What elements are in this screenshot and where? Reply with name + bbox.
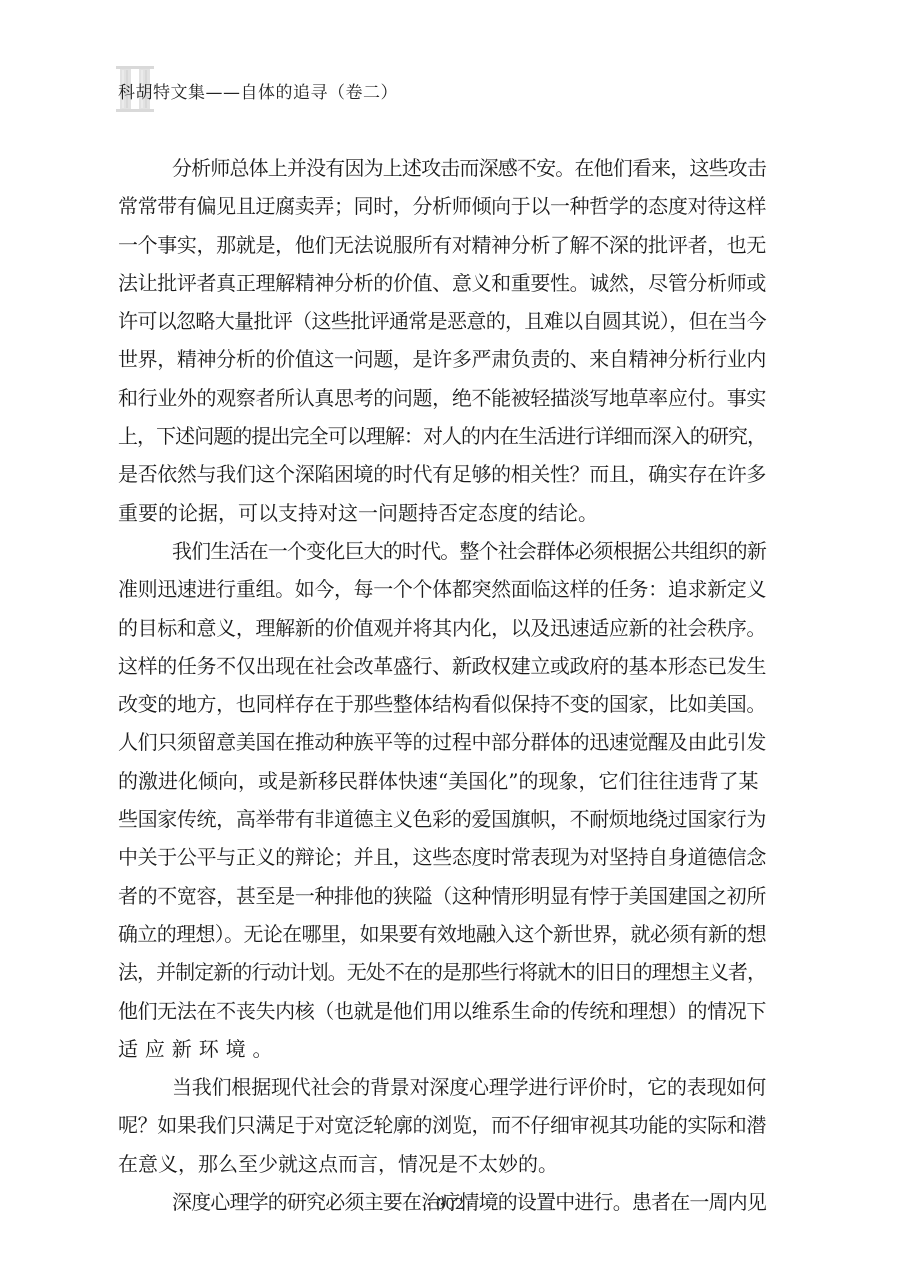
text-line: 法，并制定新的行动计划。无处不在的是那些行将就木的旧日的理想主义者， [118,953,766,991]
text-line: 重要的论据，可以支持对这一问题持否定态度的结论。 [118,494,766,532]
paragraph-first-line: 我们生活在一个变化巨大的时代。整个社会群体必须根据公共组织的新 [118,532,766,570]
text-line: 准则迅速进行重组。如今，每一个个体都突然面临这样的任务：追求新定义 [118,570,766,608]
text-line: 和行业外的观察者所认真思考的问题，绝不能被轻描淡写地草率应付。事实 [118,379,766,417]
text-line: 些国家传统，高举带有非道德主义色彩的爱国旗帜，不耐烦地绕过国家行为 [118,800,766,838]
body-text: 分析师总体上并没有因为上述攻击而深感不安。在他们看来，这些攻击常常带有偏见且迂腐… [118,149,766,1221]
text-line: 法让批评者真正理解精神分析的价值、意义和重要性。诚然，尽管分析师或 [118,264,766,302]
paragraph-first-line: 当我们根据现代社会的背景对深度心理学进行评价时，它的表现如何 [118,1068,766,1106]
text-line: 者的不宽容，甚至是一种排他的狭隘（这种情形明显有悖于美国建国之初所 [118,877,766,915]
text-line: 的激进化倾向，或是新移民群体快速“美国化”的现象，它们往往违背了某 [118,762,766,800]
text-line: 他们无法在不丧失内核（也就是他们用以维系生命的传统和理想）的情况下 [118,992,766,1030]
text-line: 在意义，那么至少就这点而言，情况是不太妙的。 [118,1145,766,1183]
text-line: 呢？如果我们只满足于对宽泛轮廓的浏览，而不仔细审视其功能的实际和潜 [118,1106,766,1144]
paragraph-first-line: 分析师总体上并没有因为上述攻击而深感不安。在他们看来，这些攻击 [118,149,766,187]
running-title: 科胡特文集——自体的追寻（卷二） [118,78,398,103]
text-line: 许可以忽略大量批评（这些批评通常是恶意的，且难以自圆其说），但在当今 [118,302,766,340]
text-line: 的目标和意义，理解新的价值观并将其内化，以及迅速适应新的社会秩序。 [118,609,766,647]
text-line: 世界，精神分析的价值这一问题，是许多严肃负责的、来自精神分析行业内 [118,340,766,378]
text-line: 这样的任务不仅出现在社会改革盛行、新政权建立或政府的基本形态已发生 [118,647,766,685]
text-line: 一个事实，那就是，他们无法说服所有对精神分析了解不深的批评者，也无 [118,226,766,264]
text-line: 中关于公平与正义的辩论；并且，这些态度时常表现为对坚持自身道德信念 [118,838,766,876]
text-line: 是否依然与我们这个深陷困境的时代有足够的相关性？而且，确实存在许多 [118,455,766,493]
text-line: 确立的理想）。无论在哪里，如果要有效地融入这个新世界，就必须有新的想 [118,915,766,953]
page-number: · 002 · [0,1195,900,1213]
text-line: 人们只须留意美国在推动种族平等的过程中部分群体的迅速觉醒及由此引发 [118,723,766,761]
text-line: 常常带有偏见且迂腐卖弄；同时，分析师倾向于以一种哲学的态度对待这样 [118,187,766,225]
text-line: 改变的地方，也同样存在于那些整体结构看似保持不变的国家，比如美国。 [118,685,766,723]
text-line: 适应新环境。 [118,1030,766,1068]
text-line: 上，下述问题的提出完全可以理解：对人的内在生活进行详细而深入的研究， [118,417,766,455]
